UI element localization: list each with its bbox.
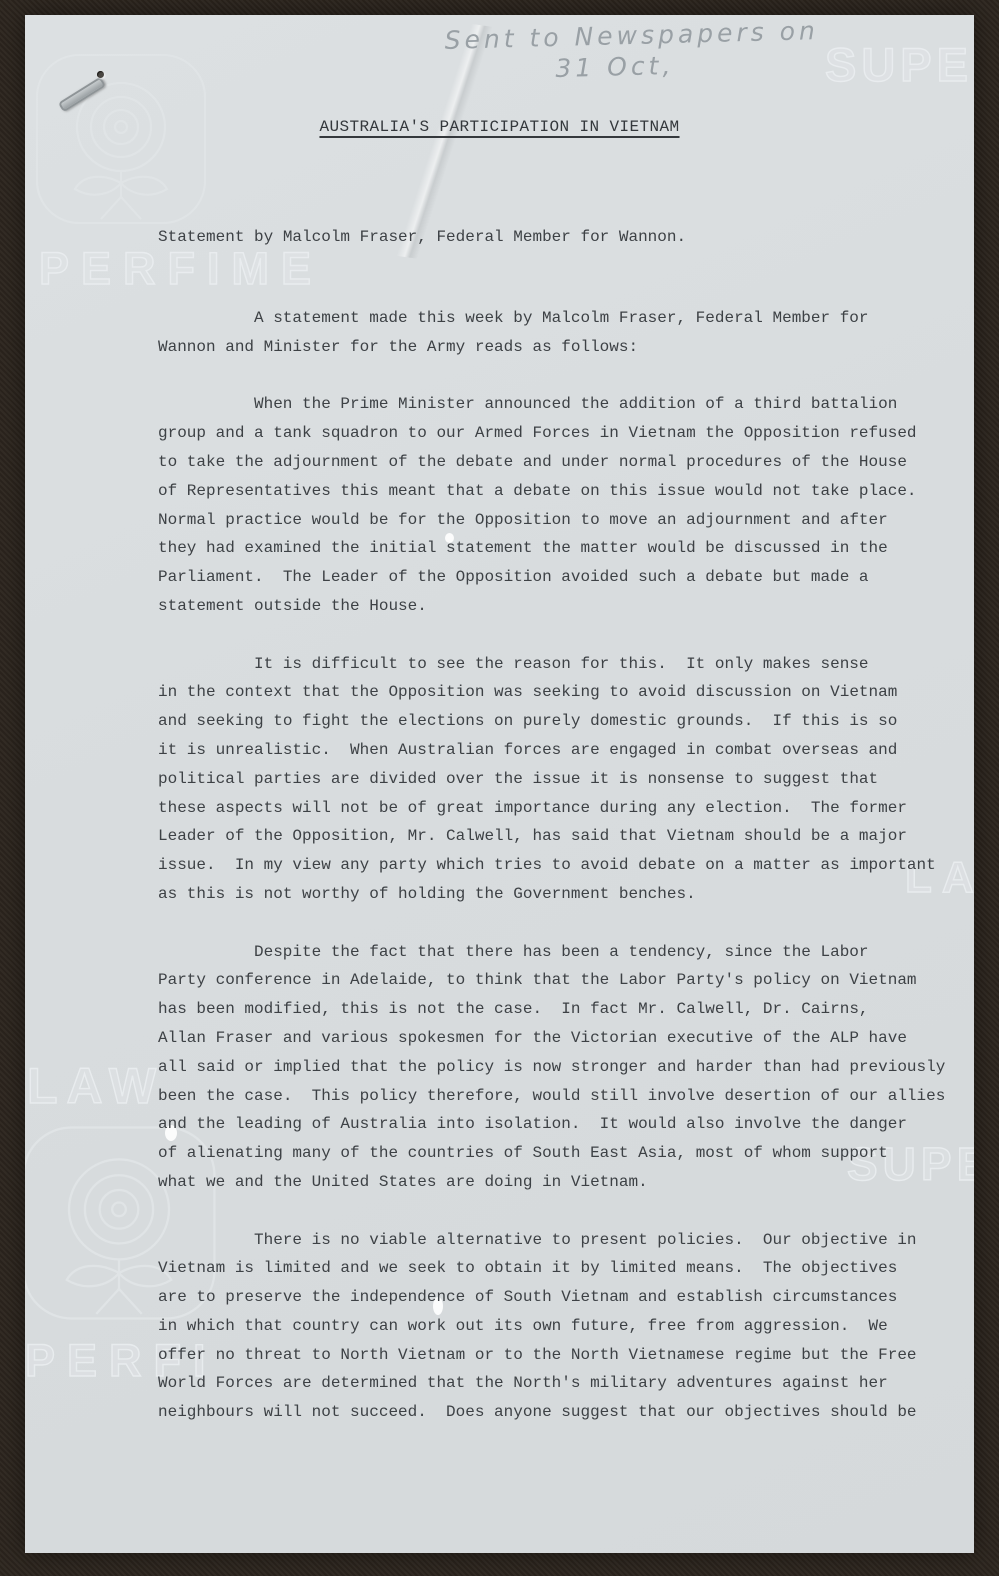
text-line: issue. In my view any party which tries … [158,851,968,880]
rose-emblem-watermark [33,51,209,232]
watermark-text: PERFIME [39,243,323,295]
text-line: to take the adjournment of the debate an… [158,448,968,477]
text-line: Parliament. The Leader of the Opposition… [158,563,968,592]
text-line: of Representatives this meant that a deb… [158,477,968,506]
text-line: in the context that the Opposition was s… [158,678,968,707]
text-line: offer no threat to North Vietnam or to t… [158,1341,968,1370]
text-line: Despite the fact that there has been a t… [158,938,968,967]
staple-mark [55,63,107,123]
text-line: these aspects will not be of great impor… [158,794,968,823]
text-line: are to preserve the independence of Sout… [158,1283,968,1312]
text-line: all said or implied that the policy is n… [158,1053,968,1082]
text-line: in which that country can work out its o… [158,1312,968,1341]
text-line: Party conference in Adelaide, to think t… [158,966,968,995]
document-title: AUSTRALIA'S PARTICIPATION IN VIETNAM [25,118,974,136]
scan-background: SUPE PERFIME LA LAW SUPE PERFI Sent to N… [0,0,999,1576]
text-line: they had examined the initial statement … [158,534,968,563]
text-line: has been modified, this is not the case.… [158,995,968,1024]
text-line: and seeking to fight the elections on pu… [158,707,968,736]
paragraph: A statement made this week by Malcolm Fr… [158,304,968,362]
text-line: statement outside the House. [158,592,968,621]
document-body: A statement made this week by Malcolm Fr… [158,304,968,1456]
text-line: World Forces are determined that the Nor… [158,1369,968,1398]
text-line: Leader of the Opposition, Mr. Calwell, h… [158,822,968,851]
text-line: Wannon and Minister for the Army reads a… [158,333,968,362]
document-page: SUPE PERFIME LA LAW SUPE PERFI Sent to N… [25,15,974,1553]
text-line: group and a tank squadron to our Armed F… [158,419,968,448]
text-line: Vietnam is limited and we seek to obtain… [158,1254,968,1283]
text-line: When the Prime Minister announced the ad… [158,390,968,419]
paragraph: It is difficult to see the reason for th… [158,650,968,909]
paragraph: When the Prime Minister announced the ad… [158,390,968,620]
text-line: been the case. This policy therefore, wo… [158,1082,968,1111]
text-line: as this is not worthy of holding the Gov… [158,880,968,909]
text-line: and the leading of Australia into isolat… [158,1110,968,1139]
text-line: neighbours will not succeed. Does anyone… [158,1398,968,1427]
text-line: of alienating many of the countries of S… [158,1139,968,1168]
watermark-text: LAW [27,1057,165,1115]
text-line: A statement made this week by Malcolm Fr… [158,304,968,333]
text-line: political parties are divided over the i… [158,765,968,794]
paragraph: Despite the fact that there has been a t… [158,938,968,1197]
text-line: Allan Fraser and various spokesmen for t… [158,1024,968,1053]
text-line: There is no viable alternative to presen… [158,1226,968,1255]
text-line: It is difficult to see the reason for th… [158,650,968,679]
handwritten-note: Sent to Newspapers on 31 Oct, [444,16,820,86]
watermark-text: SUPE [825,37,973,92]
text-line: it is unrealistic. When Australian force… [158,736,968,765]
text-line: Normal practice would be for the Opposit… [158,506,968,535]
text-line: what we and the United States are doing … [158,1168,968,1197]
byline: Statement by Malcolm Fraser, Federal Mem… [158,228,686,246]
paragraph: There is no viable alternative to presen… [158,1226,968,1428]
